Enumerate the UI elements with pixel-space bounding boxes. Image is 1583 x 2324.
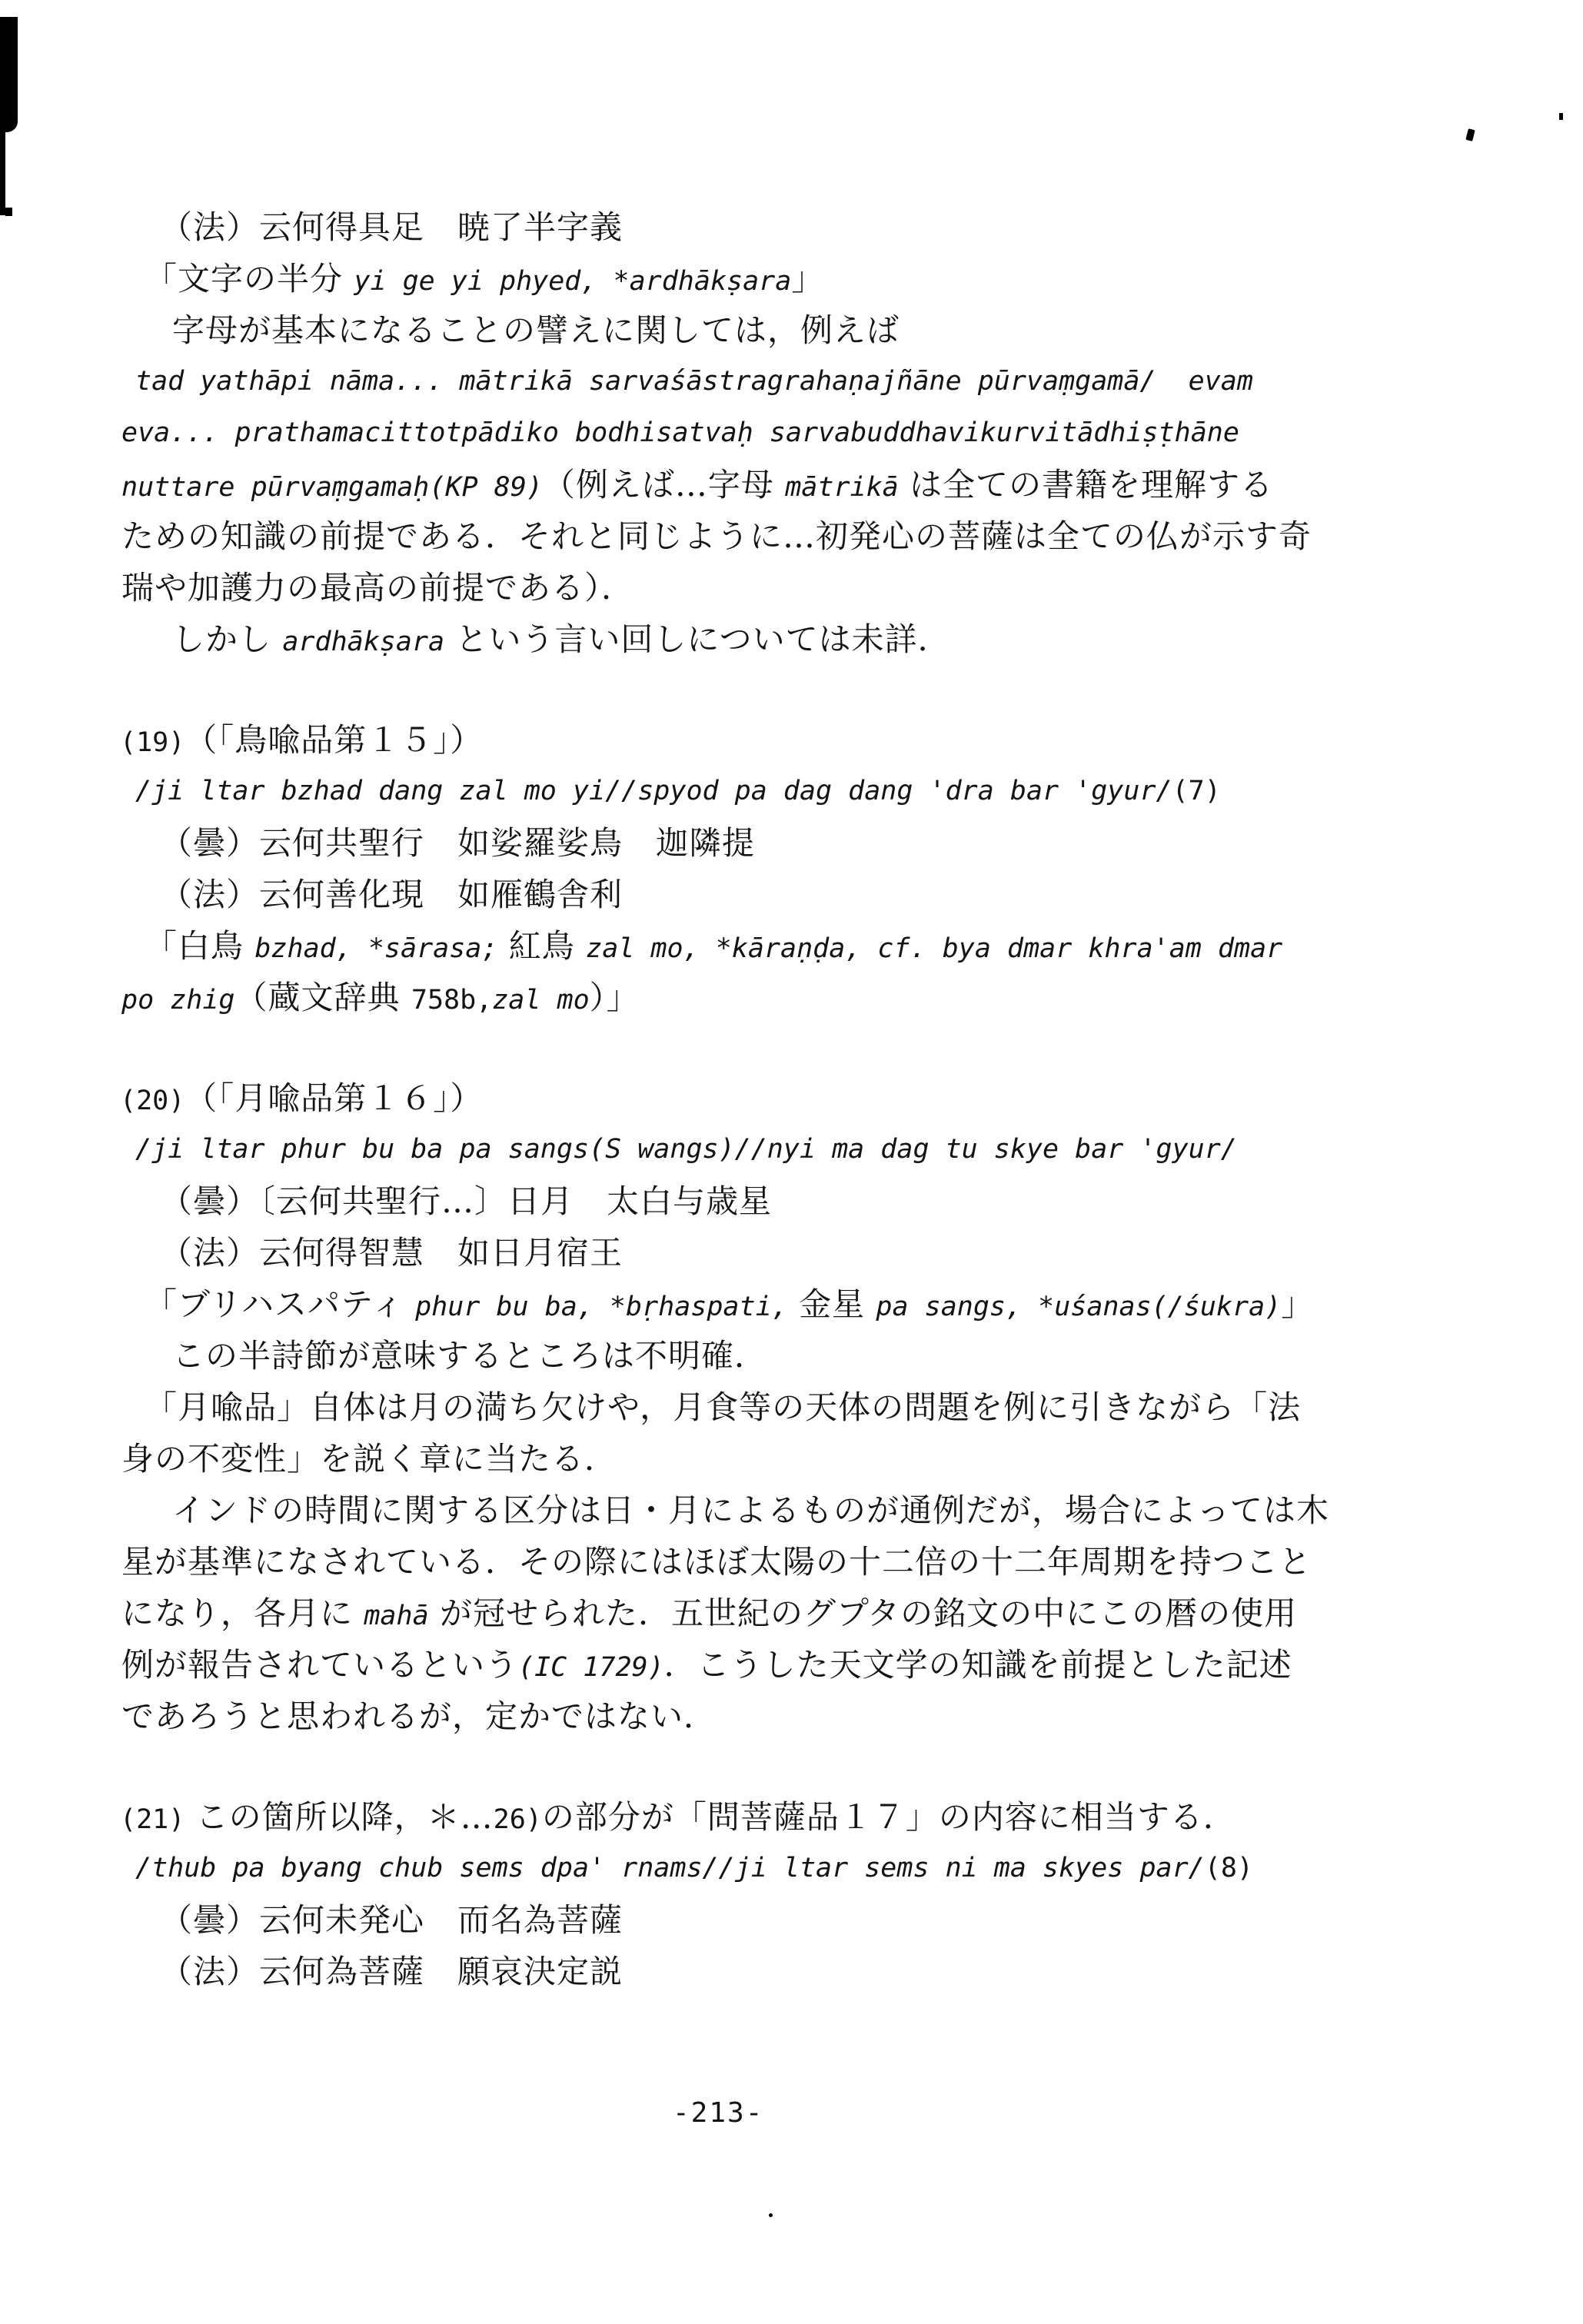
text-line: /thub pa byang chub sems dpa' rnams//ji … <box>0 1843 1583 1894</box>
text-line: であろうと思われるが，定かではない． <box>0 1691 1583 1742</box>
romanized-text-segment: bzhad, *sārasa; <box>254 933 497 964</box>
text-line: （法）云何為菩薩 願哀決定説 <box>0 1946 1583 1997</box>
romanized-text-segment: ardhākṣara <box>282 627 444 657</box>
japanese-text-segment: ）」 <box>590 979 640 1016</box>
japanese-text-segment: 「文字の半分 <box>145 260 354 298</box>
text-line: 身の不変性」を説く章に当たる． <box>0 1433 1583 1485</box>
text-line: （曇）云何未発心 而名為菩薩 <box>0 1894 1583 1946</box>
text-line: 星が基準になされている．その際にはほぼ太陽の十二倍の十二年周期を持つこと <box>0 1536 1583 1588</box>
text-line: （法）云何得具足 暁了半字義 <box>0 201 1583 253</box>
japanese-text-segment: （曇）〔云何共聖行…〕日月 太白与歳星 <box>160 1182 772 1220</box>
text-line: 字母が基本になることの譬えに関しては，例えば <box>0 304 1583 356</box>
romanized-text-segment: /thub pa byang chub sems dpa' rnams//ji … <box>135 1853 1205 1883</box>
ink-speck-top-right-1 <box>1465 128 1475 141</box>
japanese-text-segment: 「月喩品」自体は月の満ち欠けや，月食等の天体の問題を例に引きながら「法 <box>145 1388 1301 1426</box>
reference-number-segment: (20) <box>120 1086 185 1116</box>
japanese-text-segment: （曇）云何未発心 而名為菩薩 <box>160 1901 623 1939</box>
japanese-text-segment: （法）云何為菩薩 願哀決定説 <box>160 1953 623 1990</box>
text-line: eva... prathamacittotpādiko bodhisatvaḥ … <box>0 407 1583 459</box>
japanese-text-segment: 金星 <box>788 1285 876 1323</box>
japanese-text-segment: が冠せられた．五世紀のグプタの銘文の中にこの暦の使用 <box>429 1594 1297 1632</box>
japanese-text-segment: 身の不変性」を説く章に当たる． <box>121 1440 617 1478</box>
text-line: 瑞や加護力の最高の前提である）． <box>0 562 1583 613</box>
reference-number-segment: 758b, <box>411 985 492 1016</box>
japanese-text-segment: この半詩節が意味するところは不明確． <box>172 1337 767 1375</box>
japanese-text-segment: この箇所以降，＊… <box>185 1798 493 1836</box>
japanese-text-segment: インドの時間に関する区分は日・月によるものが通例だが，場合によっては木 <box>172 1491 1329 1529</box>
reference-number-segment: (7) <box>1172 776 1221 806</box>
romanized-text-segment: /ji ltar bzhad dang zal mo yi//spyod pa … <box>135 776 1172 806</box>
romanized-text-segment: nuttare pūrvaṃgamaḥ(KP 89) <box>121 472 543 503</box>
text-line: 例が報告されているという(IC 1729)．こうした天文学の知識を前提とした記述 <box>0 1639 1583 1691</box>
text-line: しかし ardhākṣara という言い回しについては未詳． <box>0 613 1583 665</box>
japanese-text-segment: 瑞や加護力の最高の前提である）． <box>121 569 634 607</box>
text-line: 「月喩品」自体は月の満ち欠けや，月食等の天体の問題を例に引きながら「法 <box>0 1381 1583 1433</box>
japanese-text-segment: （「鳥喩品第１５」） <box>185 721 483 759</box>
japanese-text-segment: （法）云何得智慧 如日月宿王 <box>160 1234 623 1272</box>
japanese-text-segment: （蔵文辞典 <box>235 979 411 1016</box>
text-line: 「ブリハスパティ phur bu ba, *bṛhaspati, 金星 pa s… <box>0 1278 1583 1330</box>
reference-number-segment: (19) <box>120 727 185 758</box>
text-line: インドの時間に関する区分は日・月によるものが通例だが，場合によっては木 <box>0 1485 1583 1536</box>
text-line: nuttare pūrvaṃgamaḥ(KP 89)（例えば…字母 mātrik… <box>0 459 1583 510</box>
japanese-text-segment: 」 <box>1281 1285 1314 1323</box>
japanese-text-segment: 」 <box>791 260 824 298</box>
text-line: /ji ltar phur bu ba pa sangs(S wangs)//n… <box>0 1124 1583 1175</box>
japanese-text-segment: 星が基準になされている．その際にはほぼ太陽の十二倍の十二年周期を持つこと <box>121 1543 1312 1581</box>
japanese-text-segment: （法）云何得具足 暁了半字義 <box>160 208 623 246</box>
text-line: 「白鳥 bzhad, *sārasa; 紅鳥 zal mo, *kāraṇḍa,… <box>0 920 1583 972</box>
reference-number-segment: (8) <box>1205 1853 1253 1883</box>
japanese-text-segment: になり，各月に <box>121 1594 364 1632</box>
japanese-text-segment: 「ブリハスパティ <box>145 1285 415 1323</box>
reference-number-segment: 26) <box>494 1804 542 1835</box>
text-line: （曇）〔云何共聖行…〕日月 太白与歳星 <box>0 1175 1583 1227</box>
text-line: po zhig（蔵文辞典 758b,zal mo）」 <box>0 972 1583 1023</box>
japanese-text-segment: 字母が基本になることの譬えに関しては，例えば <box>172 311 900 349</box>
page-text-block: （法）云何得具足 暁了半字義「文字の半分 yi ge yi phyed, *ar… <box>0 201 1583 1997</box>
text-line: (21) この箇所以降，＊…26)の部分が「問菩薩品１７」の内容に相当する． <box>0 1791 1583 1843</box>
text-line: tad yathāpi nāma... mātrikā sarvaśāstrag… <box>0 356 1583 407</box>
romanized-text-segment: pa sangs, *uśanas(/śukra) <box>876 1292 1281 1322</box>
text-line: （曇）云何共聖行 如娑羅娑鳥 迦隣提 <box>0 817 1583 869</box>
text-line: （法）云何得智慧 如日月宿王 <box>0 1227 1583 1278</box>
japanese-text-segment: 紅鳥 <box>497 927 586 965</box>
text-line: (20)（「月喩品第１６」） <box>0 1072 1583 1124</box>
text-line: /ji ltar bzhad dang zal mo yi//spyod pa … <box>0 766 1583 817</box>
text-line: になり，各月に mahā が冠せられた．五世紀のグプタの銘文の中にこの暦の使用 <box>0 1588 1583 1639</box>
japanese-text-segment: の部分が「問菩薩品１７」の内容に相当する． <box>542 1798 1236 1836</box>
japanese-text-segment: 例が報告されているという <box>121 1646 518 1684</box>
reference-number-segment: (21) <box>120 1804 185 1835</box>
text-line: （法）云何善化現 如雁鶴舎利 <box>0 869 1583 920</box>
ink-speck-top-right-2 <box>1559 113 1563 120</box>
romanized-text-segment: mahā <box>364 1601 428 1631</box>
japanese-text-segment: しかし <box>172 620 282 658</box>
romanized-text-segment: tad yathāpi nāma... mātrikā sarvaśāstrag… <box>135 366 1253 397</box>
binding-mark-top-left-artifact <box>0 17 18 132</box>
text-line: この半詩節が意味するところは不明確． <box>0 1330 1583 1381</box>
romanized-text-segment: zal mo <box>492 985 589 1016</box>
romanized-text-segment: phur bu ba, *bṛhaspati, <box>415 1292 788 1322</box>
japanese-text-segment: ．こうした天文学の知識を前提とした記述 <box>664 1646 1292 1684</box>
japanese-text-segment: （「月喩品第１６」） <box>185 1079 483 1117</box>
text-line: 「文字の半分 yi ge yi phyed, *ardhākṣara」 <box>0 253 1583 304</box>
romanized-text-segment: po zhig <box>121 985 235 1016</box>
romanized-text-segment: (IC 1729) <box>518 1652 664 1683</box>
romanized-text-segment: /ji ltar phur bu ba pa sangs(S wangs)//n… <box>135 1134 1237 1165</box>
romanized-text-segment: zal mo, *kāraṇḍa, cf. bya dmar khra'am d… <box>586 933 1282 964</box>
japanese-text-segment: 「白鳥 <box>145 927 254 965</box>
romanized-text-segment: mātrikā <box>785 472 899 503</box>
text-line: (19)（「鳥喩品第１５」） <box>0 714 1583 766</box>
romanized-text-segment: eva... prathamacittotpādiko bodhisatvaḥ … <box>121 417 1239 448</box>
text-line: ための知識の前提である．それと同じように…初発心の菩薩は全ての仏が示す奇 <box>0 510 1583 562</box>
japanese-text-segment: であろうと思われるが，定かではない． <box>121 1697 717 1735</box>
japanese-text-segment: ための知識の前提である．それと同じように…初発心の菩薩は全ての仏が示す奇 <box>121 517 1312 555</box>
japanese-text-segment: （例えば…字母 <box>543 466 785 504</box>
page-number: -213- <box>673 2097 763 2129</box>
romanized-text-segment: yi ge yi phyed, *ardhākṣara <box>354 266 791 297</box>
ink-speck-bottom-center <box>769 2213 773 2217</box>
scanned-page: （法）云何得具足 暁了半字義「文字の半分 yi ge yi phyed, *ar… <box>0 0 1583 2324</box>
japanese-text-segment: は全ての書籍を理解する <box>899 466 1273 504</box>
japanese-text-segment: （曇）云何共聖行 如娑羅娑鳥 迦隣提 <box>160 824 755 862</box>
japanese-text-segment: という言い回しについては未詳． <box>444 620 951 658</box>
japanese-text-segment: （法）云何善化現 如雁鶴舎利 <box>160 876 623 913</box>
